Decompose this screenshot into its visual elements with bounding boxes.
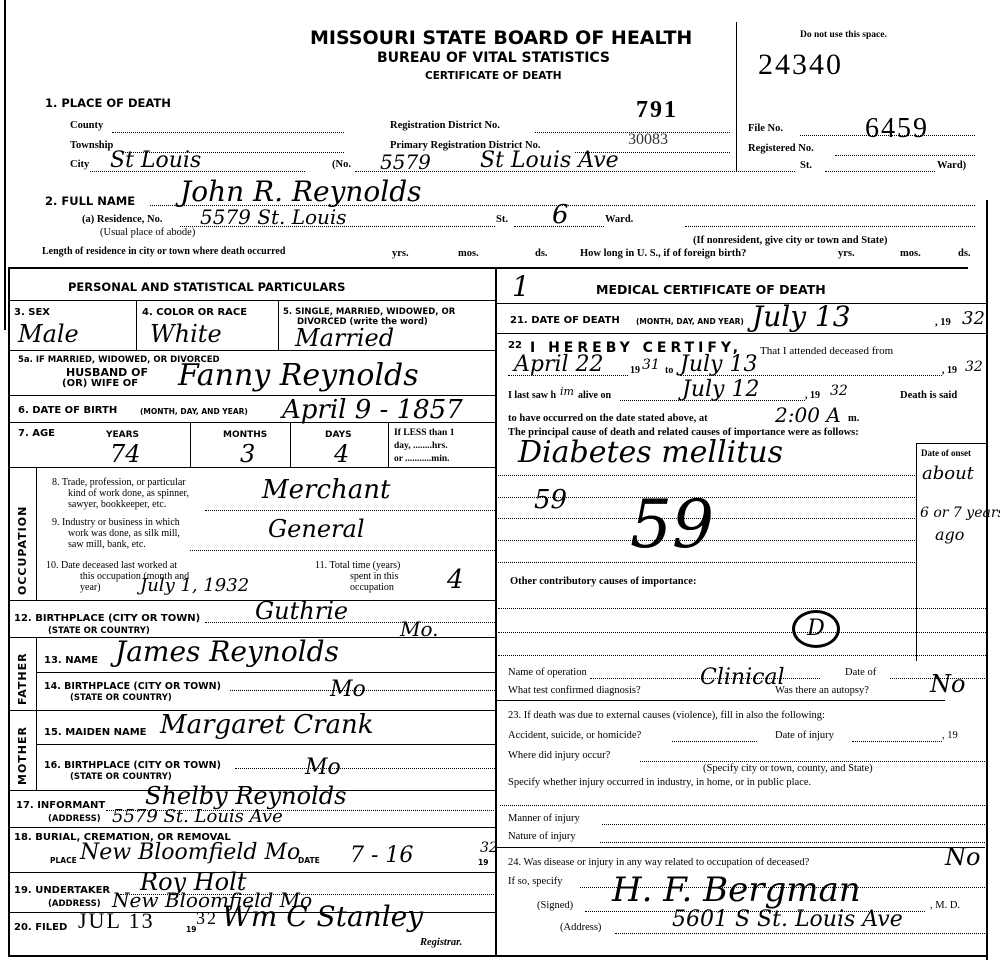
industry-label-2: work was done, as silk mill, <box>68 528 180 539</box>
less-label-2: day, ........hrs. <box>394 441 448 451</box>
street-no-label: (No. <box>332 159 351 170</box>
onset-value-1: about <box>922 463 974 484</box>
informant-address-label: (ADDRESS) <box>48 814 101 824</box>
days-value: 4 <box>334 440 349 468</box>
trade-field <box>205 510 495 511</box>
dob-label: 6. DATE OF BIRTH <box>18 405 117 416</box>
form-name: CERTIFICATE OF DEATH <box>425 70 562 82</box>
last-saw-him: im <box>560 385 574 398</box>
last-year: 32 <box>830 383 848 399</box>
last-saw-field <box>620 400 805 401</box>
dob-value: April 9 - 1857 <box>282 395 463 425</box>
divider <box>388 422 389 467</box>
divider <box>8 300 496 301</box>
burial-place-label: PLACE <box>50 856 77 865</box>
certify-text: That I attended deceased from <box>760 345 893 357</box>
divider <box>278 300 279 350</box>
last-saw-label: I last saw h <box>508 390 556 401</box>
last-worked-label-1: 10. Date deceased last worked at <box>46 560 177 571</box>
dod-year: 32 <box>962 308 985 329</box>
ward-num-field <box>514 226 604 227</box>
specify-where-label: Specify whether injury occurred in indus… <box>508 777 811 788</box>
primary-reg-field <box>575 152 730 153</box>
death-said-label: Death is said <box>900 390 957 401</box>
office-note: Do not use this space. <box>800 30 887 40</box>
divider <box>36 637 37 710</box>
months-value: 3 <box>240 440 255 468</box>
length-ds-label: ds. <box>535 248 548 259</box>
filed-year: 32 <box>196 908 218 929</box>
manner-label: Manner of injury <box>508 813 580 824</box>
reg-district-value: 791 <box>636 97 678 124</box>
undertaker-label: 19. UNDERTAKER <box>14 885 110 896</box>
attended-from-field <box>508 375 628 376</box>
less-label-3: or ...........min. <box>394 454 450 464</box>
total-time-value: 4 <box>447 565 464 595</box>
divider <box>8 467 496 468</box>
filed-stamp: JUL 13 <box>78 908 155 934</box>
birthplace-city: Guthrie <box>255 597 348 625</box>
physician-signature: H. F. Bergman <box>612 870 861 910</box>
other-cause-line <box>498 608 986 609</box>
registered-no-label: Registered No. <box>748 143 814 154</box>
attended-from-value: April 22 <box>514 352 604 377</box>
external-causes-label: 23. If death was due to external causes … <box>508 710 825 721</box>
industry-value: General <box>268 515 365 543</box>
cause-code-large: 59 <box>630 492 714 558</box>
divider <box>36 710 37 790</box>
divider <box>36 672 496 673</box>
registered-no-field <box>835 155 975 156</box>
industry-label-3: saw mill, bank, etc. <box>68 539 146 550</box>
birthplace-label: 12. BIRTHPLACE (CITY OR TOWN) <box>14 613 200 624</box>
trade-label-2: kind of work done, as spinner, <box>68 488 189 499</box>
divider <box>8 422 496 423</box>
divider <box>36 744 496 745</box>
test-label: What test confirmed diagnosis? <box>508 685 641 696</box>
physician-address: 5601 S St. Louis Ave <box>672 907 903 932</box>
from-year-prefix: 19 <box>630 365 640 376</box>
divider <box>8 350 496 351</box>
ward-label: Ward) <box>937 160 966 171</box>
nature-label: Nature of injury <box>508 831 576 842</box>
file-no-value: 6459 <box>865 113 929 145</box>
cause-code-small: 59 <box>534 485 567 515</box>
birthplace-field <box>205 622 495 623</box>
age-label: 7. AGE <box>18 428 55 439</box>
other-cause-line <box>498 655 986 656</box>
father-name-label: 13. NAME <box>44 655 98 666</box>
industry-label-1: 9. Industry or business in which <box>52 517 180 528</box>
burial-date-label: DATE <box>298 856 320 865</box>
county-label: County <box>70 120 103 131</box>
sex-label: 3. SEX <box>14 307 50 318</box>
industry-field <box>190 550 495 551</box>
alive-on-label: alive on <box>578 390 611 401</box>
years-value: 74 <box>110 440 141 468</box>
signed-label: (Signed) <box>537 900 573 911</box>
mother-side-label: MOTHER <box>16 715 29 785</box>
maiden-name-value: Margaret Crank <box>160 710 374 740</box>
divider <box>190 422 191 467</box>
nonresident-field <box>685 226 975 227</box>
sex-value: Male <box>18 320 79 348</box>
file-no-label: File No. <box>748 123 783 134</box>
last-worked-value: July 1, 1932 <box>140 575 249 596</box>
occurred-label: to have occurred on the date stated abov… <box>508 413 708 424</box>
time-suffix: m. <box>848 413 859 424</box>
race-label: 4. COLOR OR RACE <box>142 307 247 318</box>
md-label: , M. D. <box>930 900 960 911</box>
years-label: YEARS <box>106 430 139 440</box>
total-time-label-2: spent in this <box>350 571 398 582</box>
dod-value: July 13 <box>752 300 851 333</box>
circled-mark: D <box>792 610 840 648</box>
last-worked-label-3: year) <box>80 582 101 593</box>
city-field <box>90 171 305 172</box>
certificate-number: 24340 <box>758 48 843 82</box>
primary-reg-label: Primary Registration District No. <box>390 140 540 151</box>
office-divider <box>736 22 737 172</box>
personal-section-title: PERSONAL AND STATISTICAL PARTICULARS <box>68 280 345 294</box>
dod-year-prefix: , 19 <box>935 317 951 328</box>
trade-label-1: 8. Trade, profession, or particular <box>52 477 186 488</box>
marital-label-1: 5. SINGLE, MARRIED, WIDOWED, OR <box>283 307 455 317</box>
full-name-label: 2. FULL NAME <box>45 194 135 208</box>
mother-birthplace-label: 16. BIRTHPLACE (CITY OR TOWN) <box>44 760 221 771</box>
registrar-label: Registrar. <box>420 937 462 948</box>
total-time-label-1: 11. Total time (years) <box>315 560 400 571</box>
attended-to-value: July 13 <box>680 352 757 377</box>
other-causes-label: Other contributory causes of importance: <box>510 576 696 587</box>
operation-label: Name of operation <box>508 667 587 678</box>
date-injury-label: Date of injury <box>775 730 834 741</box>
mother-birthplace-field <box>235 768 495 769</box>
burial-place-value: New Bloomfield Mo <box>80 840 300 865</box>
father-name-value: James Reynolds <box>115 635 339 668</box>
where-field <box>640 761 985 762</box>
trade-value: Merchant <box>262 475 390 505</box>
frame-bottom <box>8 955 988 957</box>
divider <box>495 303 987 304</box>
section-mark: 1 <box>512 270 530 303</box>
less-label-1: If LESS than 1 <box>394 428 454 438</box>
autopsy-label: Was there an autopsy? <box>775 685 869 696</box>
nonresident-note: (If nonresident, give city or town and S… <box>693 235 887 246</box>
test-value: Clinical <box>700 665 785 690</box>
race-value: White <box>150 320 222 348</box>
to-year: 32 <box>965 359 983 375</box>
other-cause-line <box>498 632 986 633</box>
accident-field <box>672 741 757 742</box>
foreign-ds-label: ds. <box>958 248 971 259</box>
cause-value: Diabetes mellitus <box>518 435 783 470</box>
ward-num-label: Ward. <box>605 214 633 225</box>
where-label: Where did injury occur? <box>508 750 610 761</box>
time-value: 2:00 A <box>775 403 841 427</box>
onset-value-3: ago <box>935 525 964 544</box>
informant-address: 5579 St. Louis Ave <box>112 806 283 827</box>
frame-top <box>8 267 968 269</box>
spouse-value: Fanny Reynolds <box>178 358 419 393</box>
frame-left <box>8 267 10 957</box>
onset-value-2: 6 or 7 years <box>920 505 1000 521</box>
last-saw-value: July 12 <box>682 377 759 402</box>
burial-year-prefix: 19 <box>478 858 488 867</box>
primary-reg-value: 30083 <box>628 131 668 149</box>
certify-number: 22 <box>508 340 522 351</box>
divider <box>8 827 496 828</box>
divider <box>8 872 496 873</box>
physician-address-field <box>615 933 985 934</box>
attended-to-field <box>680 375 942 376</box>
divider <box>290 422 291 467</box>
dob-sublabel: (MONTH, DAY, AND YEAR) <box>140 407 248 416</box>
mother-birthplace-sublabel: (STATE OR COUNTRY) <box>70 772 172 782</box>
manner-field <box>602 824 985 825</box>
reg-district-label: Registration District No. <box>390 120 500 131</box>
filed-year-prefix: 19 <box>186 925 196 934</box>
residence-field <box>180 226 495 227</box>
cause-line <box>498 475 915 476</box>
days-label: DAYS <box>325 430 352 440</box>
foreign-yrs-label: yrs. <box>838 248 855 259</box>
county-field <box>112 132 344 133</box>
full-name-value: John R. Reynolds <box>180 175 422 208</box>
divider <box>495 333 987 334</box>
filed-label: 20. FILED <box>14 922 67 933</box>
length-residence-label: Length of residence in city or town wher… <box>42 246 285 257</box>
father-birthplace-label: 14. BIRTHPLACE (CITY OR TOWN) <box>44 681 221 692</box>
residence-st-label: St. <box>496 214 508 225</box>
frame-right <box>986 200 988 960</box>
form-subtitle: BUREAU OF VITAL STATISTICS <box>377 50 610 66</box>
burial-year: 32 <box>480 840 498 856</box>
marital-value: Married <box>295 324 394 352</box>
scan-edge <box>4 0 6 330</box>
length-yrs-label: yrs. <box>392 248 409 259</box>
occupation-related-value: No <box>945 843 980 871</box>
to-year-prefix: , 19 <box>942 365 957 376</box>
place-of-death-label: 1. PLACE OF DEATH <box>45 96 171 110</box>
medical-section-title: MEDICAL CERTIFICATE OF DEATH <box>596 282 826 297</box>
accident-label: Accident, suicide, or homicide? <box>508 730 641 741</box>
foreign-mos-label: mos. <box>900 248 921 259</box>
ward-field <box>825 171 935 172</box>
trade-label-3: sawyer, bookkeeper, etc. <box>68 499 166 510</box>
foreign-birth-label: How long in U. S., if of foreign birth? <box>580 248 746 259</box>
dod-label: 21. DATE OF DEATH <box>510 315 620 326</box>
onset-divider <box>916 443 917 661</box>
registrar-signature: Wm C Stanley <box>222 900 423 933</box>
if-so-label: If so, specify <box>508 876 563 887</box>
city-value: St Louis <box>110 148 201 173</box>
abode-note: (Usual place of abode) <box>100 227 195 238</box>
informant-label: 17. INFORMANT <box>16 800 105 811</box>
total-time-label-3: occupation <box>350 582 394 593</box>
date-injury-field <box>852 741 942 742</box>
from-year: 31 <box>642 357 660 373</box>
father-birthplace-sublabel: (STATE OR COUNTRY) <box>70 693 172 703</box>
specify-where-field <box>500 805 985 806</box>
onset-label: Date of onset <box>921 448 971 458</box>
divider <box>495 847 985 848</box>
maiden-name-label: 15. MAIDEN NAME <box>44 727 146 738</box>
city-label: City <box>70 159 89 170</box>
street-st-label: St. <box>800 160 812 171</box>
nature-field <box>600 842 985 843</box>
divider <box>136 300 137 350</box>
occupation-related-label: 24. Was disease or injury in any way rel… <box>508 857 809 868</box>
divider <box>36 467 37 600</box>
street-field <box>355 171 795 172</box>
form-title: MISSOURI STATE BOARD OF HEALTH <box>310 27 692 49</box>
physician-address-label: (Address) <box>560 922 601 933</box>
dod-sublabel: (MONTH, DAY, AND YEAR) <box>636 317 744 326</box>
specify-note: (Specify city or town, county, and State… <box>703 763 873 774</box>
months-label: MONTHS <box>223 430 267 440</box>
father-side-label: FATHER <box>16 645 29 705</box>
township-label: Township <box>70 140 113 151</box>
to-label: to <box>665 365 673 376</box>
divider <box>495 700 945 701</box>
father-birthplace-field <box>230 690 495 691</box>
injury-year-label: , 19 <box>942 730 958 741</box>
autopsy-value: No <box>930 670 965 698</box>
date-of-label: Date of <box>845 667 876 678</box>
residence-label: (a) Residence, No. <box>82 214 162 225</box>
spouse-label-3: (OR) WIFE OF <box>62 378 138 389</box>
last-year-prefix: , 19 <box>805 390 820 401</box>
occupation-side-label: OCCUPATION <box>16 485 29 595</box>
divider <box>8 600 496 601</box>
onset-top <box>916 443 986 444</box>
burial-date-value: 7 - 16 <box>350 843 413 868</box>
length-mos-label: mos. <box>458 248 479 259</box>
